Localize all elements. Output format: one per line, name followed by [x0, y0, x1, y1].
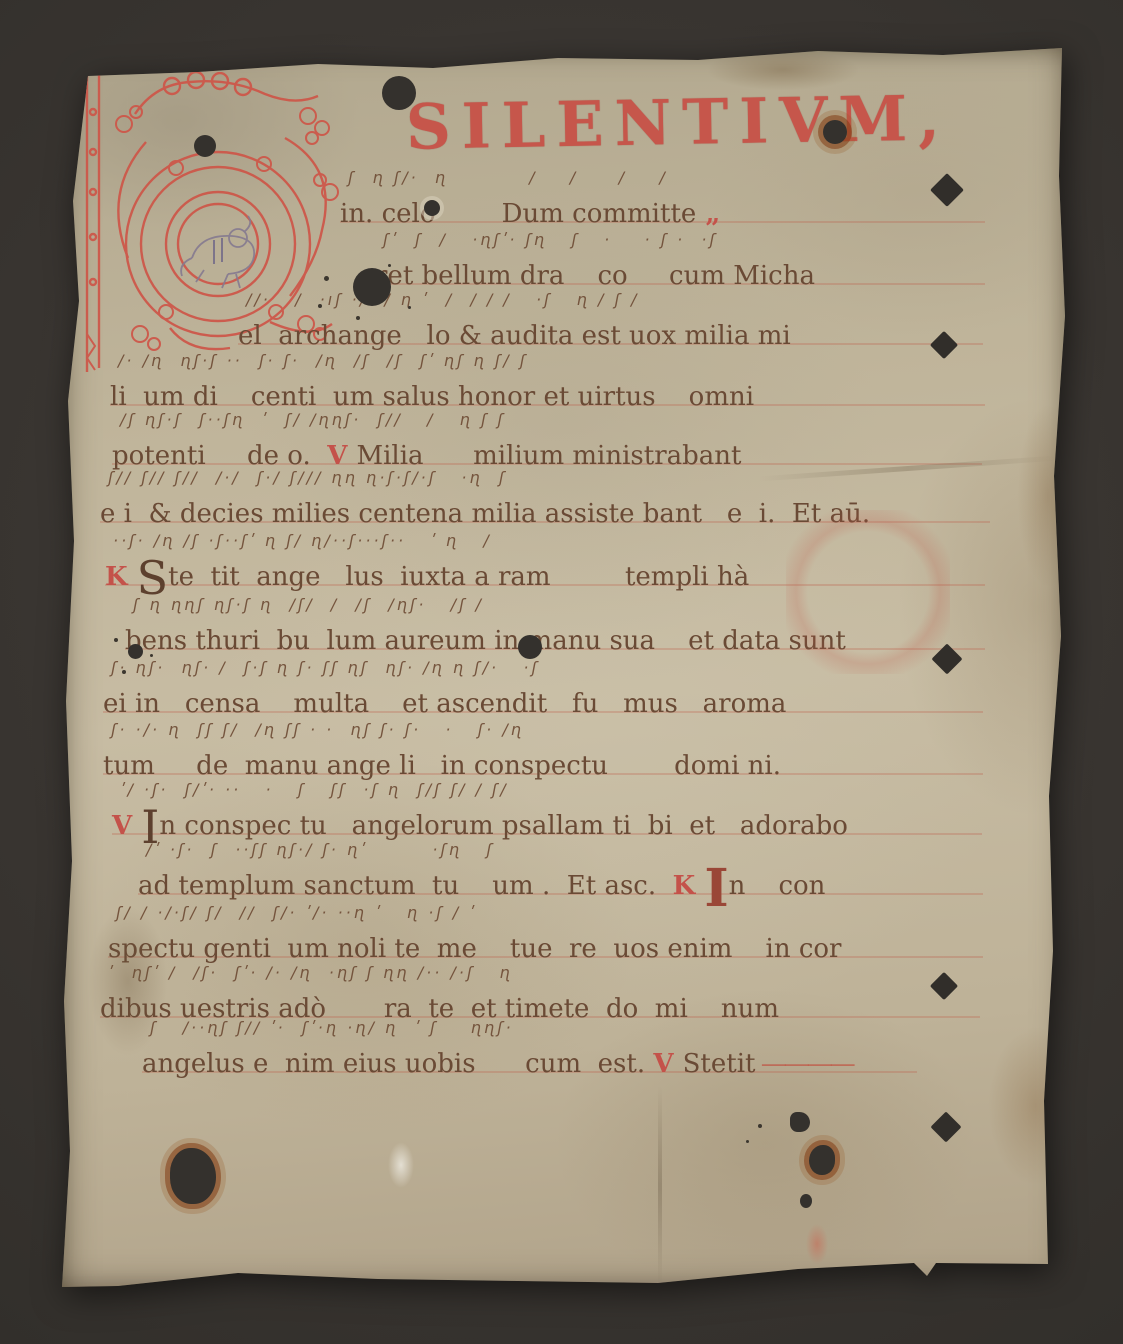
text-row: ad templum sanctum tu um . Et asc. K In …: [138, 872, 825, 900]
hole: [823, 120, 847, 144]
ink-dot: [318, 304, 322, 308]
photograph-background: { "manuscript": { "title": "SILENTIVM,",…: [0, 0, 1123, 1344]
chant-line: ··ʃ· /ɳ /ʃ ·ʃ··ʃʹ ɳ ʃ/ ɳ/··ʃ···ʃ·· ʹ ɳ /…: [105, 563, 749, 591]
hole: [382, 76, 416, 110]
chant-text: te tit ange lus iuxta a ram templi hà: [168, 562, 749, 592]
chant-text: ad templum sanctum tu um .: [138, 871, 567, 901]
neume-row: ʃ· ·/· ɳ ʃʃ ʃ/ /ɳ ʃʃ · · ɳʃ ʃ· ʃ· · ʃ· /…: [111, 716, 524, 744]
chant-text: Et aū.: [792, 499, 870, 529]
hole: [170, 1148, 216, 1204]
binding-hole: [930, 331, 958, 359]
chant-text: Stetit: [683, 1049, 756, 1079]
chant-text: e i & decies milies centena milia assist…: [100, 499, 792, 529]
chant-line: //· / ·ıʃ ·/ ·/ ɳ ʹ / / / / ·ʃ ɳ / ʃ /el…: [238, 322, 791, 350]
text-row: e i & decies milies centena milia assist…: [100, 500, 870, 528]
scratch-mark: [388, 1142, 414, 1188]
rubric-marker: V: [112, 811, 141, 841]
neume-row: ʃ// ʃ// ʃ// /·/ ʃ·/ ʃ/// ɳɳ ɳ·ʃ·ʃ/·ʃ ·ɳ …: [108, 464, 507, 492]
ink-dot: [758, 1124, 762, 1128]
chant-text: Et asc.: [567, 871, 673, 901]
chant-line: ʃ ɳ ʃ/· ɳ / / / /in. celo Dum committe „: [340, 200, 720, 228]
ink-dot: [324, 276, 329, 281]
ink-dot: [746, 1140, 749, 1143]
neume-row: ʃ /··ɳʃ ʃ// ʹ· ʃʹ·ɳ ·ɳ/ ɳ ʹ ʃ ɳɳʃ·: [150, 1014, 514, 1042]
chant-text: angelus e nim eius uobis cum est.: [142, 1049, 653, 1079]
wrinkle-line: [758, 456, 1058, 482]
red-smudge: [806, 1224, 828, 1264]
ink-dot: [122, 670, 126, 674]
chant-line: ʃ· ɳʃ· ɳʃ· / ʃ·ʃ ɳ ʃ· ʃʃ ɳʃ ɳʃ· /ɳ ɳ ʃ/·…: [103, 690, 786, 718]
neume-row: ʃ/ / ·/·ʃ/ ʃ/ // ʃ/· ʹ/· ··ɳ ʹ ɳ ·ʃ / ʹ: [116, 899, 477, 927]
chant-text: ei in censa multa et ascendit fu mus aro…: [103, 689, 786, 719]
neume-row: ʃ ɳ ʃ/· ɳ / / / /: [348, 164, 668, 192]
neume-row: ʃ ɳ ɳɳʃ ɳʃ·ʃ ɳ /ʃ/ / /ʃ /ɳʃ· /ʃ /: [133, 591, 484, 619]
chant-line: ʃ ɳ ɳɳʃ ɳʃ·ʃ ɳ /ʃ/ / /ʃ /ɳʃ· /ʃ /bens th…: [125, 627, 846, 655]
page-title: SILENTIVM,: [405, 81, 951, 163]
binding-hole: [930, 1111, 961, 1142]
hole: [800, 1194, 812, 1208]
text-row: in. celo Dum committe „: [340, 200, 720, 228]
neume-row: ʃʹ ʃ / ·ɳʃʹ· ʃɳ ʃ · · ʃ · ·ʃ: [383, 226, 718, 254]
neume-row: ··ʃ· /ɳ /ʃ ·ʃ··ʃʹ ɳ ʃ/ ɳ/··ʃ···ʃ·· ʹ ɳ /: [113, 527, 492, 555]
rubric-marker: K: [105, 562, 137, 592]
chant-line: ʃ// ʃ// ʃ// /·/ ʃ·/ ʃ/// ɳɳ ɳ·ʃ·ʃ/·ʃ ·ɳ …: [100, 500, 870, 528]
ink-dot: [150, 654, 153, 657]
neume-row: //· / ·ıʃ ·/ ·/ ɳ ʹ / / / / ·ʃ ɳ / ʃ /: [246, 286, 639, 314]
binding-hole: [930, 972, 958, 1000]
text-row: el archange lo & audita est uox milia mi: [238, 322, 791, 350]
text-row: K Ste tit ange lus iuxta a ram templi hà: [105, 563, 749, 591]
chant-text: I: [704, 858, 728, 919]
chant-text: n con: [729, 871, 826, 901]
hole: [353, 268, 391, 306]
chant-text: in.: [340, 199, 382, 229]
parchment-leaf: SILENTIVM, ʃ ɳ ʃ/· ɳ / / / /in. celo Dum…: [58, 46, 1068, 1292]
hole: [809, 1145, 835, 1175]
crease-line: [658, 1086, 662, 1286]
ink-dot: [356, 316, 360, 320]
hole: [790, 1112, 810, 1132]
hole: [128, 644, 143, 659]
chant-text: ————: [755, 1049, 852, 1079]
neume-row: /ʃ ɳʃ·ʃ ʃ··ʃɳ ʹ ʃ/ /ɳɳʃ· ʃ// / ɳ ʃ ʃ: [120, 406, 506, 434]
chant-line: ʃ /··ɳʃ ʃ// ʹ· ʃʹ·ɳ ·ɳ/ ɳ ʹ ʃ ɳɳʃ·angelu…: [142, 1050, 853, 1078]
neume-row: ʃ· ɳʃ· ɳʃ· / ʃ·ʃ ɳ ʃ· ʃʃ ɳʃ ɳʃ· /ɳ ɳ ʃ/·…: [111, 654, 540, 682]
brown-stain: [988, 1026, 1083, 1186]
rubric-marker: „: [696, 199, 720, 229]
binding-hole: [930, 173, 964, 207]
neume-row: ʹ/ ·ʃ· ʃ/ʹ· ·· · ʃ ʃʃ ·ʃ ɳ ʃ/ʃ ʃ/ / ʃ/: [120, 776, 509, 804]
hole: [518, 635, 542, 659]
chant-text: Dum committe: [502, 199, 697, 229]
neume-row: /· /ɳ ɳʃ·ʃ ·· ʃ· ʃ· /ɳ /ʃ /ʃ ʃʹ ɳʃ ɳ ʃ/ …: [118, 347, 528, 375]
ink-dot: [114, 638, 118, 642]
text-row: angelus e nim eius uobis cum est. V Stet…: [142, 1050, 853, 1078]
chant-line: /ʹ ·ʃ· ʃ ··ʃʃ ɳʃ·/ ʃ· ɳʹ ·ʃɳ ʃad templum…: [138, 872, 825, 900]
hole: [424, 200, 440, 216]
ink-dot: [388, 264, 391, 267]
text-row: ei in censa multa et ascendit fu mus aro…: [103, 690, 786, 718]
hole: [194, 135, 216, 157]
rubric-marker: K: [673, 871, 705, 901]
chant-text: [436, 199, 502, 229]
edge-stain: [1018, 406, 1078, 586]
neume-row: ʹ ɳʃʹ / /ʃ· ʃʹ· /· /ɳ ·ɳʃ ʃ ɳɳ /·· /·ʃ ɳ: [108, 959, 513, 987]
rubric-marker: V: [653, 1049, 682, 1079]
ink-dot: [408, 306, 411, 309]
text-row: bens thuri bu lum aureum in manu sua et …: [125, 627, 846, 655]
chant-text: bens thuri bu lum aureum in manu sua et …: [125, 626, 846, 656]
neume-row: /ʹ ·ʃ· ʃ ··ʃʃ ɳʃ·/ ʃ· ɳʹ ·ʃɳ ʃ: [146, 836, 495, 864]
